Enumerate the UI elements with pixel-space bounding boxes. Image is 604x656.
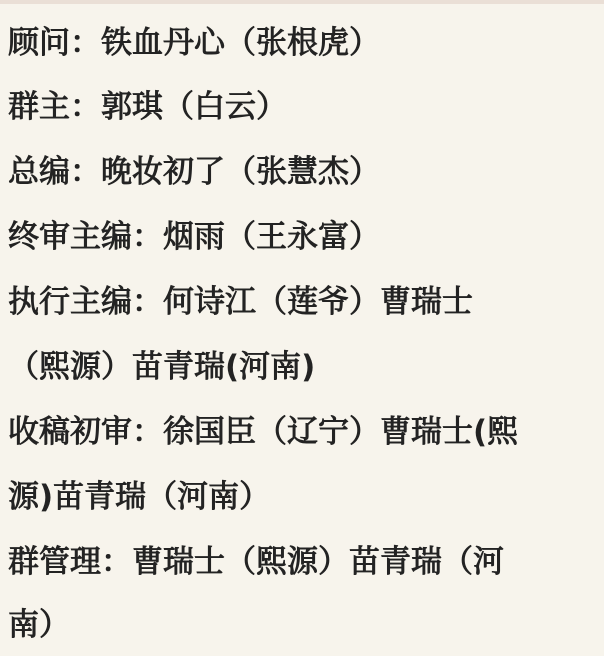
roster-line-executive-editor: 执行主编：何诗江（莲爷）曹瑞士 <box>8 283 473 321</box>
top-divider <box>0 0 604 4</box>
roster-line-editor-in-chief: 总编：晚妆初了（张慧杰） <box>8 153 380 191</box>
roster-line-executive-editor-cont: （熙源）苗青瑞(河南) <box>8 348 315 386</box>
roster-line-final-reviewer: 终审主编：烟雨（王永富） <box>8 218 380 256</box>
roster-line-first-reviewer-cont: 源)苗青瑞（河南） <box>8 478 270 516</box>
roster-line-group-admin-cont: 南） <box>8 606 70 644</box>
roster-line-group-owner: 群主：郭琪（白云） <box>8 88 287 126</box>
roster-line-first-reviewer: 收稿初审：徐国臣（辽宁）曹瑞士(熙 <box>8 413 518 451</box>
roster-line-advisor: 顾问：铁血丹心（张根虎） <box>8 24 380 62</box>
roster-line-group-admin: 群管理：曹瑞士（熙源）苗青瑞（河 <box>8 543 504 581</box>
